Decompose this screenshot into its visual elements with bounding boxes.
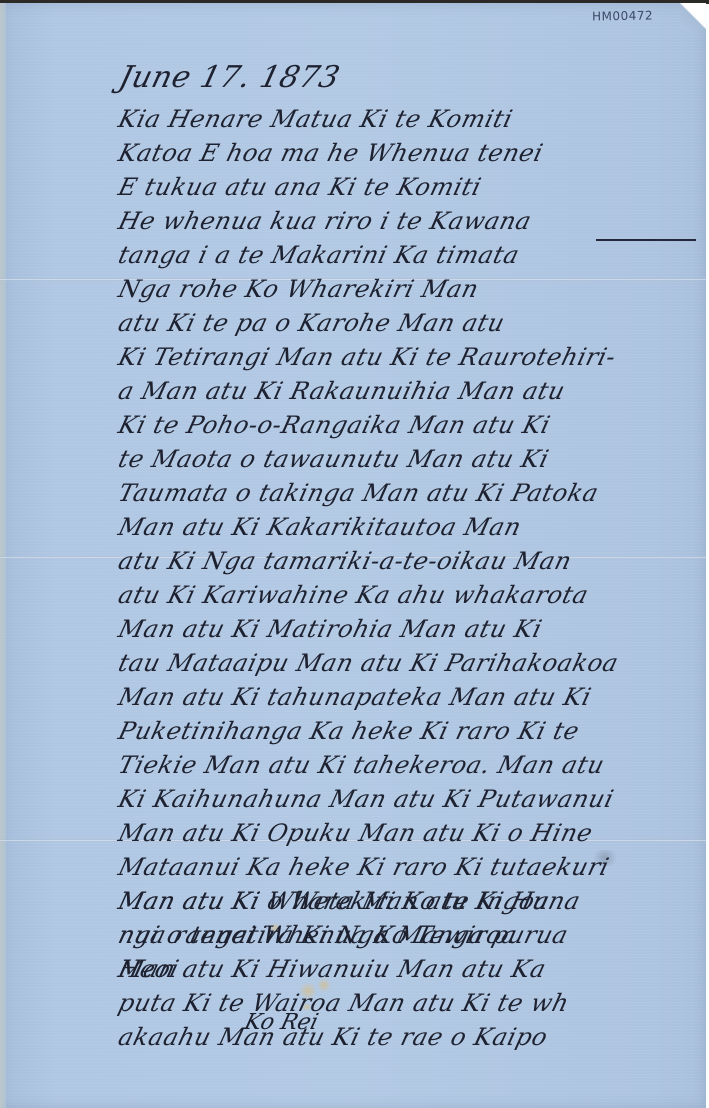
letter-line: Taumata o takinga Man atu Ki Patoka [116,481,601,505]
letter-line: nui o tenei Whenua Ko Tewiroa [116,923,520,947]
letter-line: Tiekie Man atu Ki tahekeroa. Man atu [116,753,607,777]
letter-line: tanga i a te Makarini Ka timata [116,243,522,267]
letter-line: Mataanui Ka heke Ki raro Ki tutaekuri [116,855,612,879]
letter-line: a Man atu Ki Rakaunuihia Man atu [116,379,568,403]
letter-line: Man atu Ki Kakarikitautoa Man [116,515,524,539]
letter-line: Katoa E hoa ma he Whenua tenei [116,141,546,165]
letter-line: atu Ki te pa o Karohe Man atu [116,311,507,335]
letter-line: Nga rohe Ko Wharekiri Man [116,277,481,301]
letter-line: Man atu Ki tahunapateka Man atu Ki [116,685,594,709]
letter-line: atu Ki Nga tamariki-a-te-oikau Man [116,549,574,573]
letter-line: te Maota o tawaunutu Man atu Ki [116,447,552,471]
letter-line: Puketinihanga Ka heke Ki raro Ki te [116,719,582,743]
letter-line: Ki te Poho-o-Rangaika Man atu Ki [116,413,553,437]
letter-line: Man atu Ki Wharekiri Ko te Ingoa [116,889,552,913]
torn-corner [680,3,706,29]
letter-page: HM00472 June 17. 1873 Kia Henare Matua K… [0,3,706,1108]
letter-date: June 17. 1873 [116,63,343,93]
letter-line: atu Ki Kariwahine Ka ahu whakarota [116,583,591,607]
letter-line: He whenua kua riro i te Kawana [116,209,534,233]
letter-line: akaahu Man atu Ki te rae o Kaipo [116,1025,550,1049]
letter-closing: Heoi [116,957,182,981]
signature: Ko Rei [242,1010,321,1035]
letter-line: Kia Henare Matua Ki te Komiti [116,107,515,131]
letter-line: Man atu Ki Matirohia Man atu Ki [116,617,545,641]
letter-line: Ki Kaihunahuna Man atu Ki Putawanui [116,787,616,811]
letter-line: tau Mataaipu Man atu Ki Parihakoakoa [116,651,621,675]
letter-line: Ki Tetirangi Man atu Ki te Raurotehiri- [116,345,618,369]
letter-line: puta Ki te Wairoa Man atu Ki te wh [116,991,572,1015]
archive-reference-number: HM00472 [592,8,653,23]
letter-line: Man atu Ki Opuku Man atu Ki o Hine [116,821,595,845]
letter-line: E tukua atu ana Ki te Komiti [116,175,484,199]
underline-mark [596,239,696,241]
